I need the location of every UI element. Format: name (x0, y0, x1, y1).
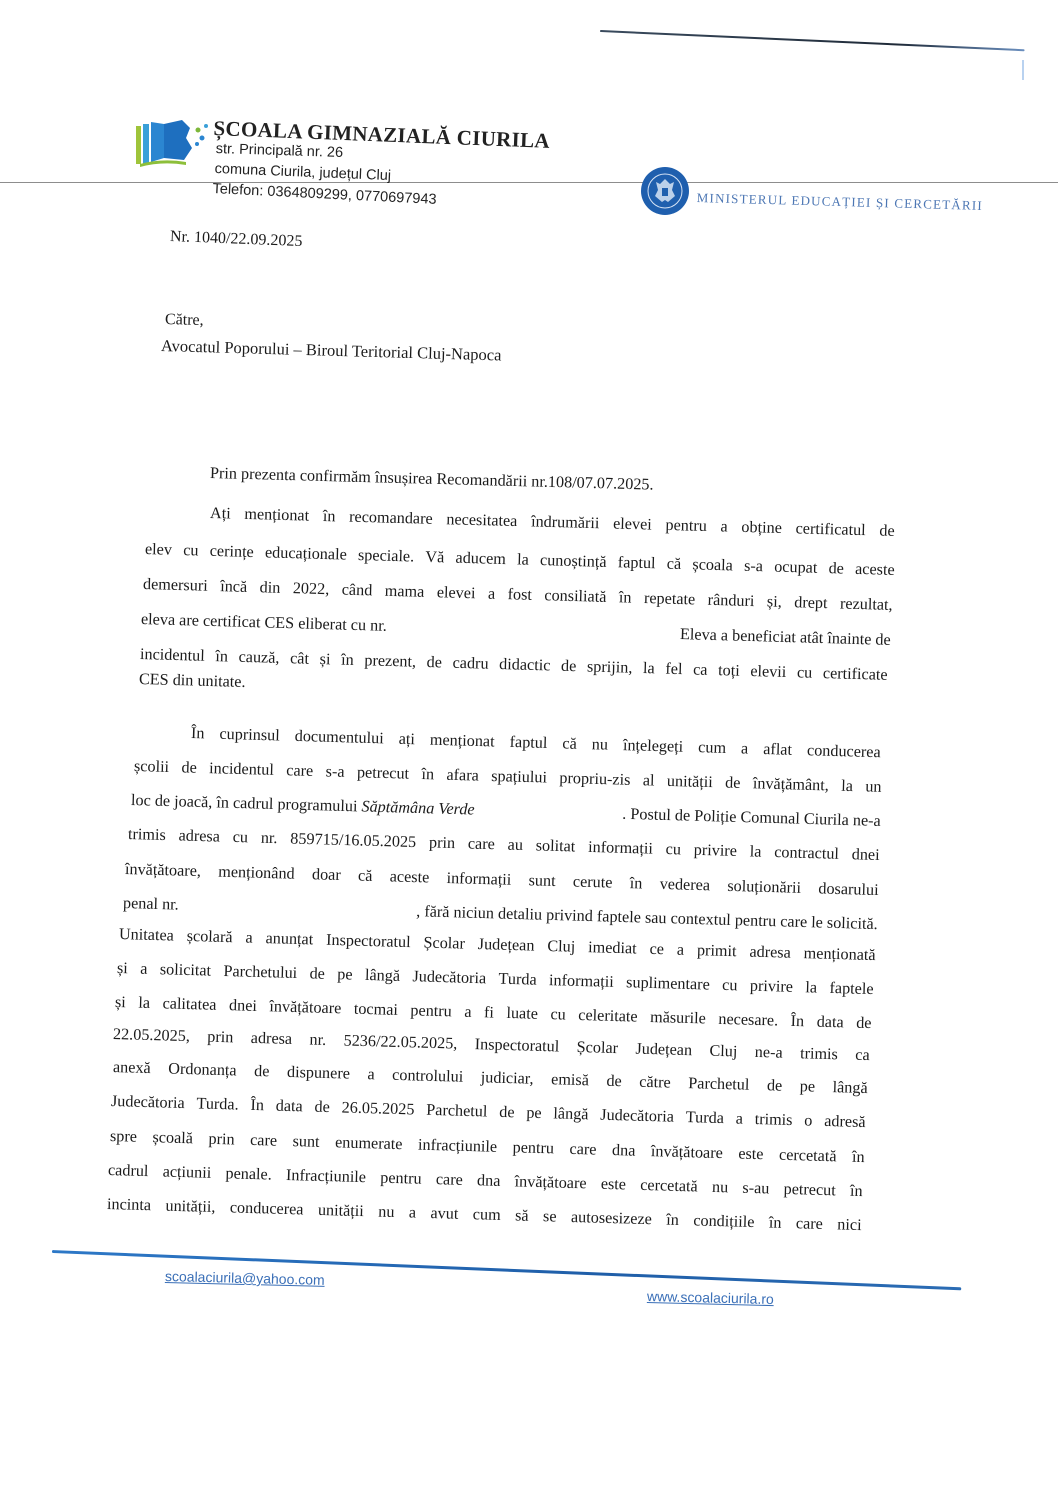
scan-edge-line (600, 30, 1025, 51)
school-logo-icon (134, 118, 214, 168)
redacted-number (179, 910, 299, 913)
school-phone: Telefon: 0364809299, 0770697943 (212, 181, 437, 208)
body-line: Ațimenționatînrecomandarenecesitateaîndr… (210, 504, 895, 541)
program-name: Săptămâna Verde (361, 797, 475, 818)
government-seal-icon (640, 166, 690, 216)
body-line: UnitateașcolarăaanunțatInspectoratulȘcol… (119, 925, 876, 965)
redacted-number (387, 631, 517, 635)
body-line: elevcucerințeeducaționalespeciale.Văaduc… (145, 540, 895, 580)
registration-number: Nr. 1040/22.09.2025 (170, 228, 303, 251)
body-line: anexăOrdonanțadedispunereacontroluluijud… (113, 1058, 868, 1098)
body-line: CES din unitate. (139, 670, 269, 693)
body-line: demersuriîncădin2022,cândmamaeleveiafost… (143, 575, 893, 615)
body-line: cadrulacțiuniipenale.Infracțiunilepentru… (108, 1161, 863, 1201)
body-line: spreșcoalăprincaresuntenumerateinfracțiu… (110, 1127, 865, 1167)
body-line: eleva are certificat CES eliberat cu nr.… (141, 610, 891, 650)
body-line: învățătoare,menționânddoarcăacesteinform… (125, 860, 879, 900)
website-link[interactable]: www.scoalaciurila.ro (647, 1288, 774, 1307)
body-line: loc de joacă, în cadrul programului Săpt… (131, 791, 881, 831)
body-line: șiasolicitatParchetuluidepelângăJudecăto… (117, 959, 874, 999)
scan-edge-mark (1022, 60, 1024, 80)
body-line: Încuprinsuldocumentuluiațimenționatfaptu… (191, 724, 881, 762)
body-line: școliideincidentulcares-apetrecutînafara… (134, 757, 882, 797)
body-line: Prin prezenta confirmăm însușirea Recoma… (210, 464, 730, 497)
recipient: Avocatul Poporului – Biroul Teritorial C… (161, 336, 502, 366)
email-link[interactable]: scoalaciurila@yahoo.com (165, 1268, 325, 1288)
body-line: incintaunității,conducereaunitățiinuaavu… (107, 1195, 862, 1235)
body-line: JudecătoriaTurda.Îndatade26.05.2025Parch… (111, 1092, 866, 1132)
header-divider (0, 182, 1058, 183)
school-locality: comuna Ciurila, județul Cluj (214, 161, 391, 184)
body-line: 22.05.2025,prinadresanr.5236/22.05.2025,… (113, 1025, 870, 1065)
salutation: Către, (165, 311, 204, 330)
body-line: trimisadresacunr.859715/16.05.2025princa… (128, 825, 880, 865)
ministry-name: MINISTERUL EDUCAȚIEI ȘI CERCETĂRII (697, 190, 984, 214)
body-line: șilacalitateadneiînvățătoaretocmaipentru… (115, 993, 872, 1033)
school-address: str. Principală nr. 26 (215, 141, 343, 161)
